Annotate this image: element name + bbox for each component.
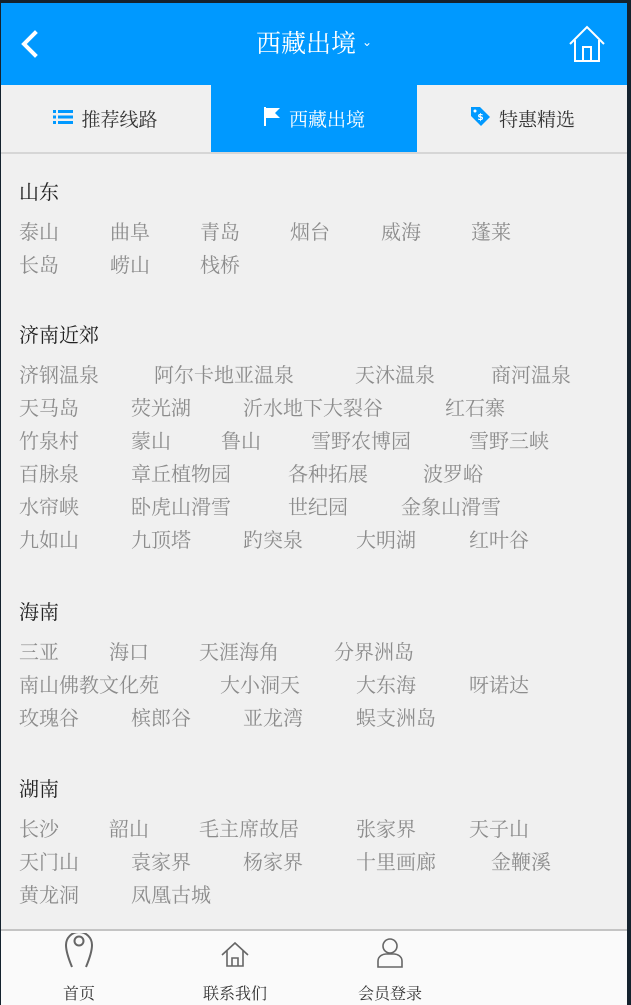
home-button[interactable] [567,23,607,65]
destination-link[interactable]: 红叶谷 [469,524,529,557]
tab-bar: 推荐线路 西藏出境 $ 特惠精选 [1,85,627,154]
tab-label: 推荐线路 [81,105,157,132]
destination-link[interactable]: 金鞭溪 [491,846,551,879]
section-title: 山东 [19,179,59,205]
page-title-text: 西藏出境 [256,29,356,58]
destination-link[interactable]: 世纪园 [288,491,348,524]
destination-link[interactable]: 呀诺达 [469,669,529,702]
destination-link[interactable]: 济钢温泉 [19,359,99,392]
destination-row: 济钢温泉 阿尔卡地亚温泉 天沐温泉 商河温泉 [19,359,99,392]
destination-link[interactable]: 亚龙湾 [243,702,303,735]
destination-row: 天门山 袁家界 杨家界 十里画廊 金鞭溪 [19,846,59,879]
destination-link[interactable]: 张家界 [356,813,416,846]
destination-link[interactable]: 南山佛教文化苑 [19,669,159,702]
home-icon [175,931,295,969]
destination-link[interactable]: 青岛 [200,216,240,249]
tab-recommended-routes[interactable]: 推荐线路 [1,85,210,152]
nav-member-login[interactable]: 会员登录 [330,931,450,1005]
destination-link[interactable]: 荧光湖 [131,392,191,425]
section-title: 湖南 [19,776,59,802]
nav-contact-us[interactable]: 联系我们 [175,931,295,1005]
svg-text:$: $ [477,113,483,123]
destination-row: 泰山 曲阜 青岛 烟台 威海 蓬莱 [19,216,59,249]
destination-link[interactable]: 杨家界 [243,846,303,879]
price-tag-icon: $ [469,105,491,132]
destination-link[interactable]: 玫瑰谷 [19,702,79,735]
top-header: 西藏出境⌄ [1,3,627,85]
destination-link[interactable]: 黄龙洞 [19,879,79,912]
destination-row: 长沙 韶山 毛主席故居 张家界 天子山 [19,813,59,846]
destination-link[interactable]: 沂水地下大裂谷 [243,392,383,425]
destination-link[interactable]: 九如山 [19,524,79,557]
destination-link[interactable]: 金象山滑雪 [401,491,501,524]
destination-link[interactable]: 章丘植物园 [131,458,231,491]
destination-link[interactable]: 长岛 [19,249,59,282]
section-title: 海南 [19,599,59,625]
destination-link[interactable]: 九顶塔 [131,524,191,557]
destination-link[interactable]: 十里画廊 [356,846,436,879]
list-icon [53,108,73,130]
section-shandong: 山东 泰山 曲阜 青岛 烟台 威海 蓬莱 长岛 崂山 栈桥 [19,179,59,282]
destination-link[interactable]: 蓬莱 [471,216,511,249]
destination-link[interactable]: 雪野农博园 [311,425,411,458]
destination-link[interactable]: 蜈支洲岛 [356,702,436,735]
destination-link[interactable]: 趵突泉 [243,524,303,557]
destination-row: 水帘峡 卧虎山滑雪 世纪园 金象山滑雪 [19,491,99,524]
app-frame: 西藏出境⌄ 推荐线路 西藏出境 $ 特惠精选 山东 泰山 曲阜 青岛 烟台 [1,3,627,1005]
destination-link[interactable]: 曲阜 [110,216,150,249]
destination-link[interactable]: 蒙山 [131,425,171,458]
destination-link[interactable]: 鲁山 [221,425,261,458]
location-pin-icon [19,931,139,969]
home-icon [567,23,607,65]
destination-link[interactable]: 各种拓展 [288,458,368,491]
destination-link[interactable]: 威海 [381,216,421,249]
destination-link[interactable]: 泰山 [19,216,59,249]
tab-label: 特惠精选 [499,105,575,132]
destination-list: 山东 泰山 曲阜 青岛 烟台 威海 蓬莱 长岛 崂山 栈桥 济南近郊 济钢温泉 … [1,154,627,929]
destination-link[interactable]: 水帘峡 [19,491,79,524]
tab-label: 西藏出境 [289,105,365,132]
destination-link[interactable]: 百脉泉 [19,458,79,491]
flag-icon [263,105,281,132]
destination-row: 玫瑰谷 槟郎谷 亚龙湾 蜈支洲岛 [19,702,59,735]
section-title: 济南近郊 [19,322,99,348]
destination-link[interactable]: 三亚 [19,636,59,669]
bottom-nav: 首页 联系我们 会员登录 [1,929,627,1005]
destination-link[interactable]: 天涯海角 [199,636,279,669]
destination-link[interactable]: 凤凰古城 [131,879,211,912]
destination-link[interactable]: 阿尔卡地亚温泉 [154,359,294,392]
destination-link[interactable]: 大明湖 [356,524,416,557]
destination-row: 竹泉村 蒙山 鲁山 雪野农博园 雪野三峡 [19,425,99,458]
destination-link[interactable]: 商河温泉 [491,359,571,392]
destination-link[interactable]: 天沐温泉 [355,359,435,392]
tab-special-offers[interactable]: $ 特惠精选 [417,85,627,152]
destination-link[interactable]: 红石寨 [445,392,505,425]
destination-link[interactable]: 雪野三峡 [469,425,549,458]
destination-link[interactable]: 槟郎谷 [131,702,191,735]
destination-link[interactable]: 韶山 [109,813,149,846]
destination-link[interactable]: 卧虎山滑雪 [131,491,231,524]
destination-row: 黄龙洞 凤凰古城 [19,879,59,912]
user-icon [330,931,450,969]
destination-row: 百脉泉 章丘植物园 各种拓展 波罗峪 [19,458,99,491]
destination-link[interactable]: 大小洞天 [220,669,300,702]
destination-link[interactable]: 竹泉村 [19,425,79,458]
destination-link[interactable]: 分界洲岛 [334,636,414,669]
destination-link[interactable]: 长沙 [19,813,59,846]
destination-link[interactable]: 毛主席故居 [199,813,299,846]
destination-link[interactable]: 崂山 [110,249,150,282]
destination-link[interactable]: 天门山 [19,846,79,879]
destination-link[interactable]: 大东海 [356,669,416,702]
destination-row: 长岛 崂山 栈桥 [19,249,59,282]
nav-label: 首页 [19,981,139,1004]
destination-link[interactable]: 袁家界 [131,846,191,879]
destination-link[interactable]: 天子山 [469,813,529,846]
section-hunan: 湖南 长沙 韶山 毛主席故居 张家界 天子山 天门山 袁家界 杨家界 十里画廊 … [19,776,59,912]
destination-link[interactable]: 波罗峪 [423,458,483,491]
destination-row: 九如山 九顶塔 趵突泉 大明湖 红叶谷 [19,524,99,557]
destination-link[interactable]: 海口 [109,636,149,669]
nav-label: 联系我们 [175,981,295,1004]
destination-link[interactable]: 天马岛 [19,392,79,425]
destination-link[interactable]: 栈桥 [200,249,240,282]
page-title[interactable]: 西藏出境⌄ [1,27,627,62]
nav-label: 会员登录 [330,981,450,1004]
tab-tibet-outbound[interactable]: 西藏出境 [211,85,417,152]
destination-row: 三亚 海口 天涯海角 分界洲岛 [19,636,59,669]
section-hainan: 海南 三亚 海口 天涯海角 分界洲岛 南山佛教文化苑 大小洞天 大东海 呀诺达 … [19,599,59,735]
chevron-down-icon: ⌄ [362,25,372,59]
nav-home[interactable]: 首页 [19,931,139,1005]
destination-row: 天马岛 荧光湖 沂水地下大裂谷 红石寨 [19,392,99,425]
destination-row: 南山佛教文化苑 大小洞天 大东海 呀诺达 [19,669,59,702]
section-jinan-suburbs: 济南近郊 济钢温泉 阿尔卡地亚温泉 天沐温泉 商河温泉 天马岛 荧光湖 沂水地下… [19,322,99,557]
destination-link[interactable]: 烟台 [290,216,330,249]
